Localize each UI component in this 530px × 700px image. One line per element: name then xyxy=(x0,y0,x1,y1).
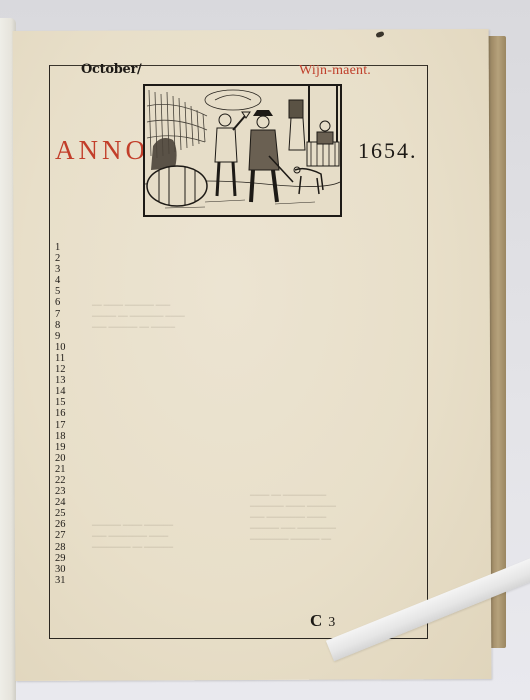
day-number: 30 xyxy=(55,564,75,575)
day-number: 6 xyxy=(55,297,75,308)
day-number: 8 xyxy=(55,320,75,331)
woodcut-illustration-icon xyxy=(143,84,342,217)
day-number: 31 xyxy=(55,575,75,586)
day-number: 25 xyxy=(55,508,75,519)
day-number: 20 xyxy=(55,453,75,464)
day-number: 27 xyxy=(55,530,75,541)
day-number: 10 xyxy=(55,342,75,353)
day-number: 15 xyxy=(55,397,75,408)
day-number: 29 xyxy=(55,553,75,564)
day-number: 18 xyxy=(55,431,75,442)
month-name-latin: October/ xyxy=(81,62,141,77)
day-number: 2 xyxy=(55,253,75,264)
year-label: 1654. xyxy=(358,138,418,164)
anno-label: ANNO xyxy=(55,135,149,166)
day-number: 9 xyxy=(55,331,75,342)
day-number: 24 xyxy=(55,497,75,508)
day-number: 5 xyxy=(55,286,75,297)
month-name-dutch: Wijn-maent. xyxy=(299,63,371,79)
day-number: 14 xyxy=(55,386,75,397)
day-number: 7 xyxy=(55,309,75,320)
day-number: 19 xyxy=(55,442,75,453)
day-number: 12 xyxy=(55,364,75,375)
day-number: 28 xyxy=(55,542,75,553)
day-number: 21 xyxy=(55,464,75,475)
day-number: 17 xyxy=(55,420,75,431)
day-number: 11 xyxy=(55,353,75,364)
day-number: 22 xyxy=(55,475,75,486)
day-number: 3 xyxy=(55,264,75,275)
day-number-column: 1 2 3 4 5 6 7 8 9 10 11 12 13 14 15 16 1… xyxy=(55,242,75,586)
printer-signature-mark: C3 xyxy=(310,611,335,631)
day-number: 13 xyxy=(55,375,75,386)
signature-number: 3 xyxy=(328,615,335,630)
day-number: 1 xyxy=(55,242,75,253)
signature-letter: C xyxy=(310,611,322,630)
day-number: 4 xyxy=(55,275,75,286)
day-number: 23 xyxy=(55,486,75,497)
day-number: 26 xyxy=(55,519,75,530)
day-number: 16 xyxy=(55,408,75,419)
